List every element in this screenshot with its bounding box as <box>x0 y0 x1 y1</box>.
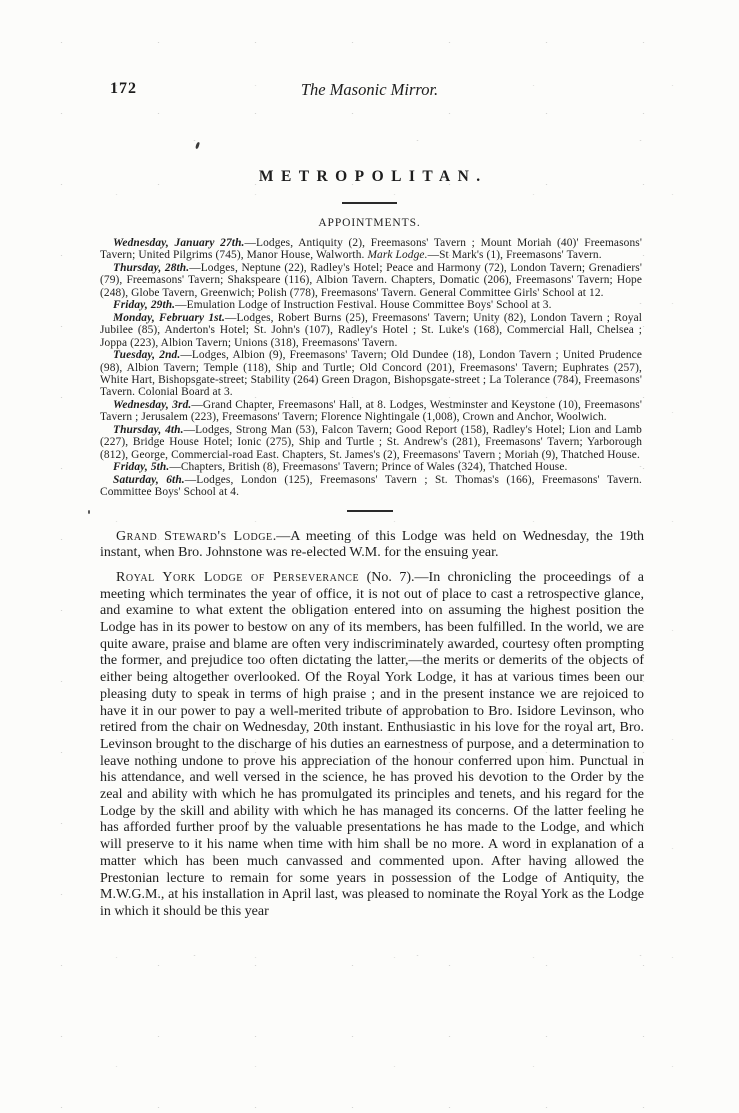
ink-speck <box>88 510 90 514</box>
ink-speck <box>195 142 200 150</box>
appointment-date: Saturday, 6th. <box>113 474 185 486</box>
appointment-entry: Saturday, 6th.—Lodges, London (125), Fre… <box>100 474 642 499</box>
appointment-entry: Friday, 29th.—Emulation Lodge of Instruc… <box>100 299 642 311</box>
appointment-emphasis: Mark Lodge. <box>367 249 427 261</box>
appointment-date: Thursday, 28th. <box>113 262 189 274</box>
appointment-entry: Wednesday, January 27th.—Lodges, Antiqui… <box>100 237 642 262</box>
document-page: 172 The Masonic Mirror. METROPOLITAN. AP… <box>0 0 739 1113</box>
appointment-text: —St Mark's (1), Freemasons' Tavern. <box>428 249 602 261</box>
appointments-heading: APPOINTMENTS. <box>0 217 739 229</box>
article-lead: Grand Steward's Lodge <box>116 529 273 544</box>
appointments-section: Wednesday, January 27th.—Lodges, Antiqui… <box>100 237 642 499</box>
appointment-text: —Lodges, Albion (9), Freemasons' Tavern;… <box>100 349 642 398</box>
appointment-entry: Tuesday, 2nd.—Lodges, Albion (9), Freema… <box>100 349 642 399</box>
appointment-entry: Friday, 5th.—Chapters, British (8), Free… <box>100 461 642 473</box>
appointment-date: Friday, 29th. <box>113 299 175 311</box>
appointment-entry: Monday, February 1st.—Lodges, Robert Bur… <box>100 312 642 349</box>
appointment-date: Monday, February 1st. <box>113 312 225 324</box>
appointment-date: Thursday, 4th. <box>113 424 184 436</box>
page-number: 172 <box>110 80 137 98</box>
appointment-date: Tuesday, 2nd. <box>113 349 180 361</box>
appointment-date: Wednesday, 3rd. <box>113 399 191 411</box>
appointment-entry: Thursday, 4th.—Lodges, Strong Man (53), … <box>100 424 642 461</box>
article-royal-york-lodge: Royal York Lodge of Perseverance (No. 7)… <box>100 570 644 921</box>
running-head: 172 The Masonic Mirror. <box>0 80 739 102</box>
appointment-entry: Thursday, 28th.—Lodges, Neptune (22), Ra… <box>100 262 642 299</box>
appointment-date: Friday, 5th. <box>113 461 169 473</box>
articles-section: Grand Steward's Lodge.—A meeting of this… <box>100 529 644 921</box>
appointment-entry: Wednesday, 3rd.—Grand Chapter, Freemason… <box>100 399 642 424</box>
section-divider-rule <box>347 510 393 512</box>
article-lead: Royal York Lodge of Perseverance <box>116 570 359 585</box>
article-lead-suffix: (No. 7). <box>359 570 414 585</box>
title-rule <box>342 202 397 204</box>
appointment-text: —Emulation Lodge of Instruction Festival… <box>175 299 551 311</box>
section-title: METROPOLITAN. <box>0 168 739 186</box>
appointment-date: Wednesday, January 27th. <box>113 237 245 249</box>
appointment-text: —Chapters, British (8), Freemasons' Tave… <box>169 461 567 473</box>
article-body: —In chronicling the proceedings of a mee… <box>100 570 644 919</box>
article-grand-stewards-lodge: Grand Steward's Lodge.—A meeting of this… <box>100 529 644 562</box>
